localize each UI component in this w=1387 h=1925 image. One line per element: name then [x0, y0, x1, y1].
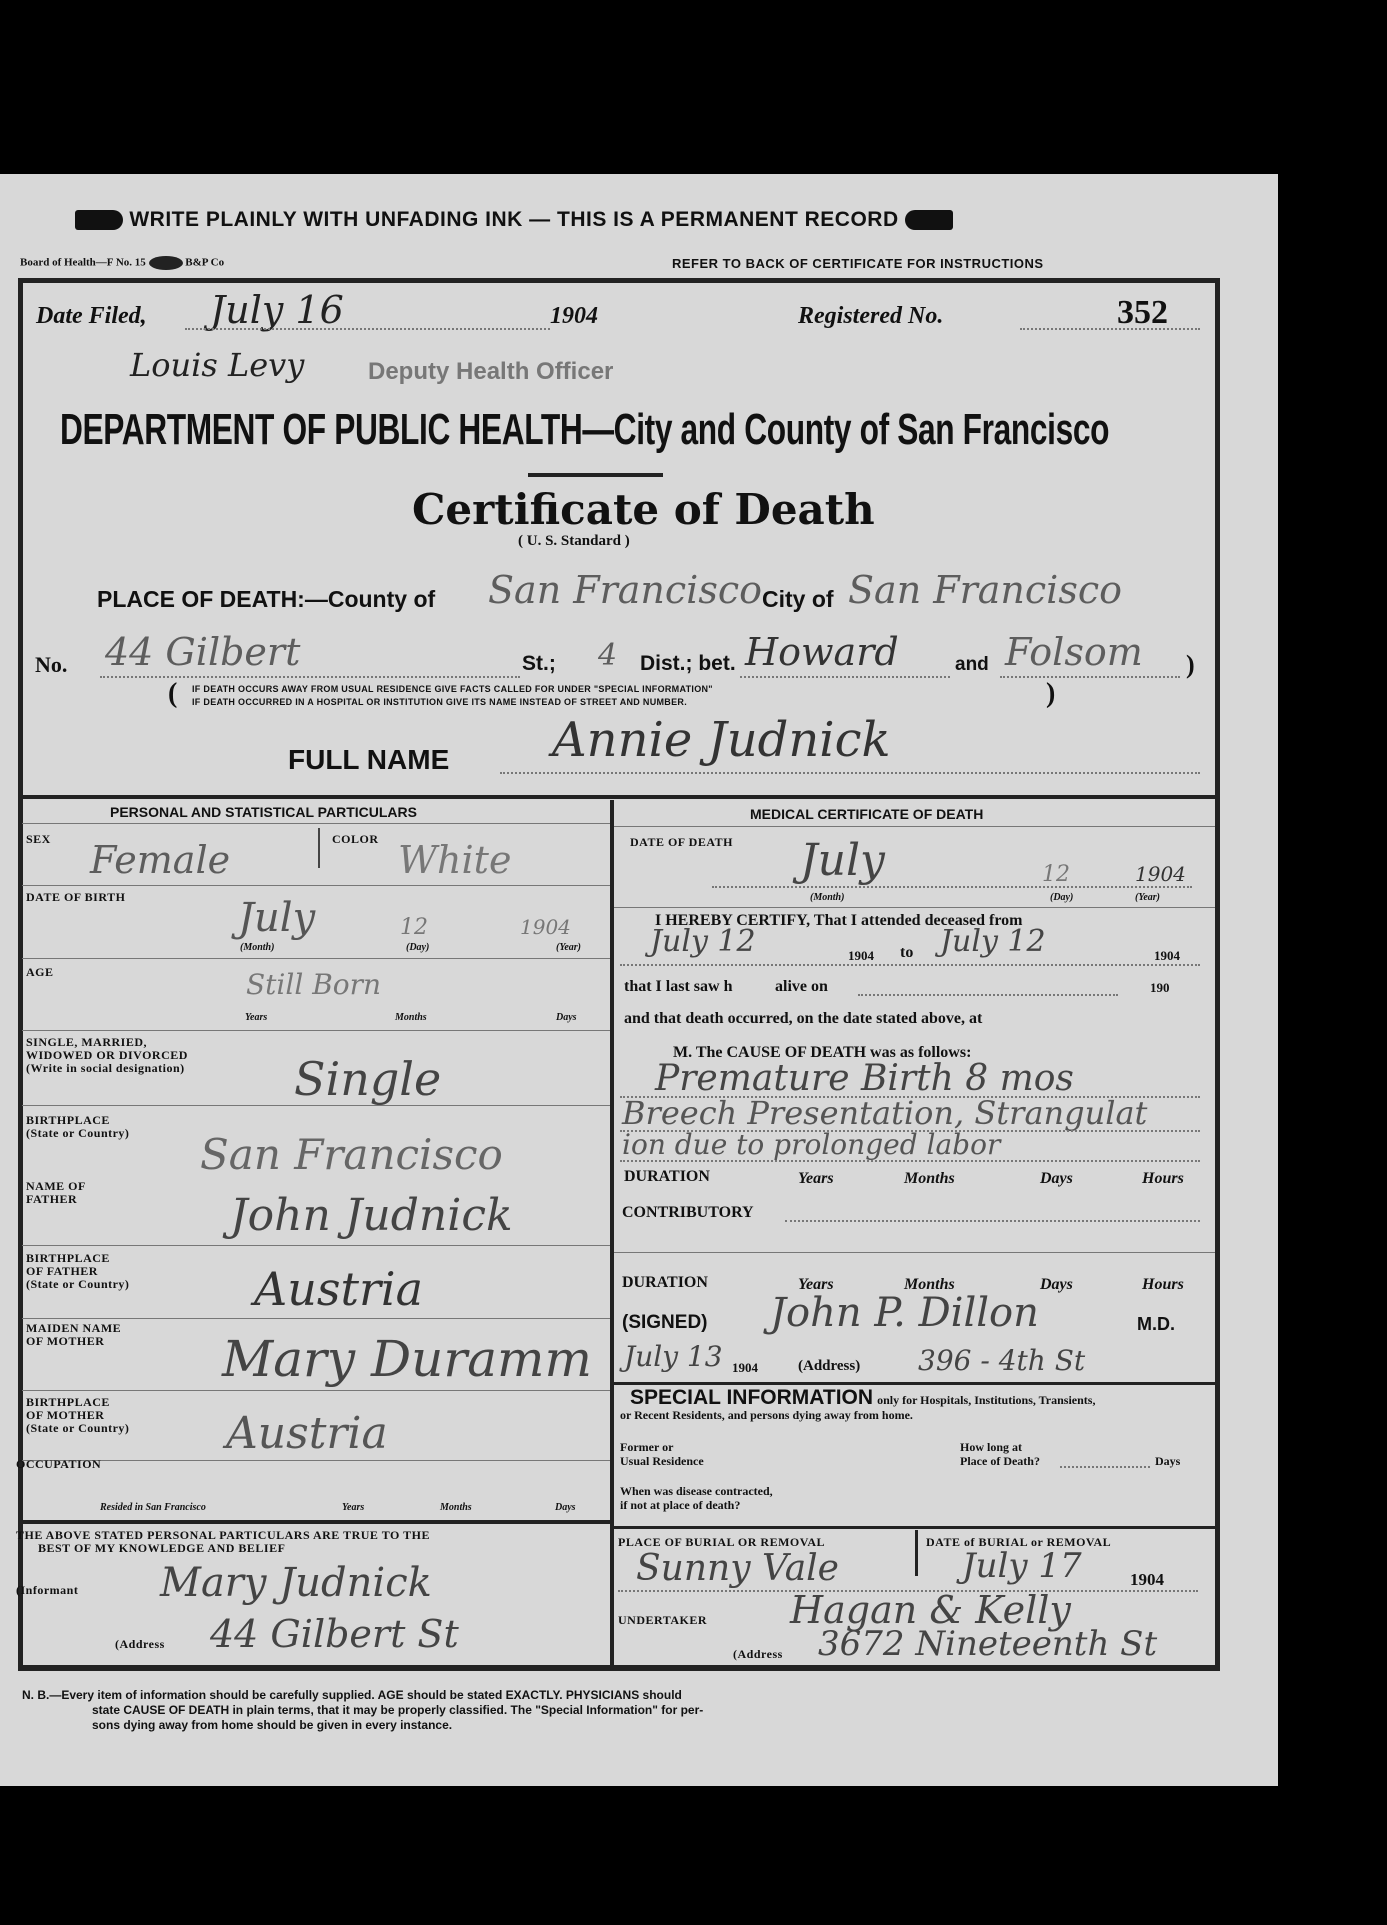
md-label: M.D.: [1137, 1314, 1175, 1335]
birthplace-label-line-2: (State or Country): [26, 1127, 129, 1140]
personal-heading: PERSONAL AND STATISTICAL PARTICULARS: [110, 804, 417, 820]
special-heading-block: SPECIAL INFORMATION only for Hospitals, …: [630, 1386, 1095, 1410]
mother-birthplace-label: BIRTHPLACE OF MOTHER (State or Country): [26, 1396, 129, 1435]
date-filed-value: July 16: [210, 288, 344, 332]
cause-line-2: Breech Presentation, Strangulat: [622, 1094, 1147, 1132]
occupation-label: OCCUPATION: [16, 1458, 101, 1471]
age-years-caption: Years: [245, 1012, 267, 1023]
physician-address: 396 - 4th St: [918, 1344, 1085, 1377]
sex-label: SEX: [26, 833, 51, 846]
informant-address-label: (Address: [115, 1638, 165, 1651]
mother-label: MAIDEN NAME OF MOTHER: [26, 1322, 121, 1348]
dob-year: 1904: [520, 915, 571, 939]
burial-rule: [614, 1526, 1215, 1529]
informant-name: Mary Judnick: [160, 1560, 432, 1606]
footnote-line-1: N. B.—Every item of information should b…: [22, 1688, 703, 1703]
us-standard: ( U. S. Standard ): [518, 533, 630, 550]
dod-line: [712, 886, 1192, 888]
date-filed-label: Date Filed,: [36, 303, 147, 330]
paren-close-notes: ): [1046, 678, 1055, 710]
father-bp-label-line-3: (State or Country): [26, 1278, 129, 1291]
dist-label: Dist.; bet.: [640, 652, 736, 676]
date-filed-year: 1904: [550, 303, 598, 330]
pointing-hand-icon: [905, 210, 953, 230]
dod-year-caption: (Year): [1135, 892, 1160, 903]
mother-bp-label-line-3: (State or Country): [26, 1422, 129, 1435]
informant-statement: THE ABOVE STATED PERSONAL PARTICULARS AR…: [16, 1529, 430, 1555]
heading-rule: [528, 473, 663, 477]
registered-no-line: [1020, 328, 1200, 330]
row-rule: [614, 826, 1215, 827]
special-note-2: or Recent Residents, and persons dying a…: [620, 1408, 913, 1423]
street-value: 44 Gilbert: [105, 630, 300, 674]
duration-months: Months: [904, 1170, 955, 1188]
attended-from-year: 1904: [848, 948, 874, 964]
informant-address: 44 Gilbert St: [210, 1612, 459, 1656]
age-label: AGE: [26, 966, 54, 979]
date-filed-line: [185, 328, 550, 330]
section-divider: [18, 795, 1220, 799]
registered-no-label: Registered No.: [798, 303, 943, 330]
duration2-label: DURATION: [622, 1274, 708, 1292]
full-name-label: FULL NAME: [288, 744, 449, 776]
sex-color-divider: [318, 828, 320, 868]
mother-label-line-2: OF MOTHER: [26, 1335, 121, 1348]
contracted-label-line-1: When was disease contracted,: [620, 1484, 773, 1498]
cause-rule-3: [620, 1160, 1200, 1162]
dod-month-caption: (Month): [810, 892, 844, 903]
row-rule: [22, 1460, 610, 1461]
duration-hours: Hours: [1142, 1170, 1184, 1188]
form-code-text: Board of Health—F No. 15: [20, 257, 146, 269]
street-no-label: No.: [35, 652, 67, 678]
paren-close: ): [1186, 650, 1195, 680]
father-birthplace-label: BIRTHPLACE OF FATHER (State or Country): [26, 1252, 129, 1291]
undertaker-label: UNDERTAKER: [618, 1614, 707, 1627]
and-label: and: [955, 654, 989, 676]
place-note-2: IF DEATH OCCURRED IN A HOSPITAL OR INSTI…: [192, 697, 687, 707]
row-rule: [22, 1030, 610, 1031]
attended-to-year: 1904: [1154, 948, 1180, 964]
dob-label: DATE OF BIRTH: [26, 891, 125, 904]
color-label: COLOR: [332, 833, 379, 846]
duration2-days: Days: [1040, 1276, 1073, 1294]
paren-open-notes: (: [168, 678, 177, 710]
county-value: San Francisco: [488, 568, 762, 612]
burial-place: Sunny Vale: [636, 1548, 839, 1589]
street-line: [100, 676, 520, 678]
birthplace-value: San Francisco: [200, 1130, 503, 1179]
how-long-line: [1060, 1466, 1150, 1468]
footnote: N. B.—Every item of information should b…: [22, 1688, 703, 1733]
form-code: Board of Health—F No. 15 B&P Co: [20, 256, 224, 270]
city-label: City of: [762, 586, 834, 613]
banner-text: WRITE PLAINLY WITH UNFADING INK — THIS I…: [129, 208, 898, 231]
how-long-label-line-1: How long at: [960, 1440, 1040, 1454]
informant-statement-line-2: BEST OF MY KNOWLEDGE AND BELIEF: [16, 1542, 430, 1555]
alive-on-label: alive on: [775, 978, 828, 996]
marital-label: SINGLE, MARRIED, WIDOWED OR DIVORCED (Wr…: [26, 1036, 188, 1075]
cause-line-1: Premature Birth 8 mos: [655, 1058, 1074, 1099]
medical-heading: MEDICAL CERTIFICATE OF DEATH: [750, 806, 983, 822]
special-heading: SPECIAL INFORMATION: [630, 1386, 873, 1409]
contracted-label: When was disease contracted, if not at p…: [620, 1484, 773, 1512]
full-name-line: [500, 772, 1200, 774]
dob-month-caption: (Month): [240, 942, 274, 953]
outer-border-right: [1215, 278, 1220, 1670]
duration-days: Days: [1040, 1170, 1073, 1188]
dob-month: July: [238, 895, 315, 941]
dob-day: 12: [400, 915, 428, 940]
dod-day: 12: [1042, 862, 1070, 887]
row-rule: [22, 958, 610, 959]
between-street-1: Howard: [745, 630, 899, 674]
between-street-2: Folsom: [1005, 630, 1143, 674]
former-label-line-2: Usual Residence: [620, 1454, 704, 1468]
certificate-title: Certificate of Death: [412, 485, 875, 534]
former-residence-label: Former or Usual Residence: [620, 1440, 704, 1468]
informant-label: (Informant: [16, 1584, 78, 1597]
row-rule: [22, 1105, 610, 1106]
contributory-label: CONTRIBUTORY: [622, 1204, 754, 1222]
footnote-line-2: state CAUSE OF DEATH in plain terms, tha…: [22, 1703, 703, 1718]
resided-years: Years: [342, 1502, 364, 1513]
informant-rule: [18, 1520, 610, 1524]
st-label: St.;: [522, 652, 556, 676]
dod-month: July: [800, 835, 885, 886]
banner: WRITE PLAINLY WITH UNFADING INK — THIS I…: [75, 208, 953, 232]
resided-days: Days: [555, 1502, 576, 1513]
physician-address-label: (Address): [798, 1358, 860, 1375]
attended-from: July 12: [650, 924, 756, 959]
printer-text: B&P Co: [185, 257, 224, 269]
color-value: White: [398, 838, 511, 882]
pointing-hand-icon: [75, 210, 123, 230]
marital-value: Single: [294, 1052, 441, 1106]
dod-label: DATE OF DEATH: [630, 836, 733, 849]
burial-year: 1904: [1130, 1570, 1164, 1590]
row-rule: [22, 1390, 610, 1391]
how-long-label-line-2: Place of Death?: [960, 1454, 1040, 1468]
district-value: 4: [598, 638, 617, 673]
row-rule: [614, 1252, 1215, 1253]
place-note-1: IF DEATH OCCURS AWAY FROM USUAL RESIDENC…: [192, 684, 713, 694]
department-heading: DEPARTMENT OF PUBLIC HEALTH—City and Cou…: [60, 405, 1109, 455]
column-divider: [610, 800, 614, 1668]
physician-signature: John P. Dillon: [770, 1290, 1039, 1336]
dod-day-caption: (Day): [1050, 892, 1073, 903]
father-name: John Judnick: [230, 1190, 513, 1241]
union-label-seal-icon: [149, 256, 183, 270]
special-note-1: only for Hospitals, Institutions, Transi…: [877, 1393, 1095, 1407]
age-value: Still Born: [246, 968, 381, 1001]
signed-label: (SIGNED): [622, 1312, 708, 1334]
undertaker-address-label: (Address: [733, 1648, 783, 1661]
sex-value: Female: [90, 838, 230, 882]
row-rule: [22, 1245, 610, 1246]
outer-border-top: [18, 278, 1220, 283]
last-saw-label: that I last saw h: [624, 978, 732, 996]
alive-year-prefix: 190: [1150, 980, 1170, 996]
burial-date: July 17: [962, 1546, 1082, 1586]
alive-on-line: [858, 994, 1118, 996]
outer-border-bottom: [18, 1665, 1220, 1671]
birthplace-label: BIRTHPLACE (State or Country): [26, 1114, 129, 1140]
mother-birthplace: Austria: [226, 1408, 388, 1459]
how-long-label: How long at Place of Death?: [960, 1440, 1040, 1468]
dod-year: 1904: [1135, 862, 1186, 886]
city-value: San Francisco: [848, 568, 1122, 612]
attended-to: July 12: [940, 924, 1046, 959]
father-label: NAME OF FATHER: [26, 1180, 86, 1206]
row-rule: [22, 823, 610, 824]
burial-divider: [915, 1530, 918, 1576]
former-label-line-1: Former or: [620, 1440, 704, 1454]
undertaker-address: 3672 Nineteenth St: [818, 1624, 1157, 1664]
row-rule: [22, 885, 610, 886]
father-label-line-2: FATHER: [26, 1193, 86, 1206]
between-line-1: [740, 676, 950, 678]
duration-label: DURATION: [624, 1168, 710, 1186]
between-line-2: [1000, 676, 1180, 678]
signed-date: July 13: [624, 1340, 723, 1373]
resided-label: Resided in San Francisco: [100, 1502, 206, 1513]
death-occurred-label: and that death occurred, on the date sta…: [624, 1010, 982, 1028]
row-rule: [22, 1318, 610, 1319]
mother-name: Mary Duramm: [222, 1330, 592, 1388]
instructions-note: REFER TO BACK OF CERTIFICATE FOR INSTRUC…: [672, 256, 1044, 271]
row-rule: [614, 907, 1215, 908]
duration-years: Years: [798, 1170, 834, 1188]
registered-no: 352: [1117, 294, 1168, 332]
signed-year: 1904: [732, 1360, 758, 1376]
place-of-death-label: PLACE OF DEATH:—County of: [97, 586, 435, 613]
dob-year-caption: (Year): [556, 942, 581, 953]
father-birthplace: Austria: [254, 1262, 423, 1316]
cause-line-3: ion due to prolonged labor: [622, 1128, 1000, 1161]
full-name-value: Annie Judnick: [552, 712, 891, 768]
to-label: to: [900, 944, 913, 962]
attended-line: [620, 964, 1200, 966]
footnote-line-3: sons dying away from home should be give…: [22, 1718, 703, 1733]
special-rule: [614, 1382, 1215, 1385]
officer-signature: Louis Levy: [130, 346, 304, 384]
how-long-days: Days: [1155, 1454, 1180, 1469]
duration2-hours: Hours: [1142, 1276, 1184, 1294]
officer-title: Deputy Health Officer: [368, 358, 613, 386]
marital-label-line-3: (Write in social designation): [26, 1062, 188, 1075]
contracted-label-line-2: if not at place of death?: [620, 1498, 773, 1512]
dob-day-caption: (Day): [406, 942, 429, 953]
age-days-caption: Days: [556, 1012, 577, 1023]
age-months-caption: Months: [395, 1012, 427, 1023]
resided-months: Months: [440, 1502, 472, 1513]
contributory-line: [785, 1220, 1200, 1222]
